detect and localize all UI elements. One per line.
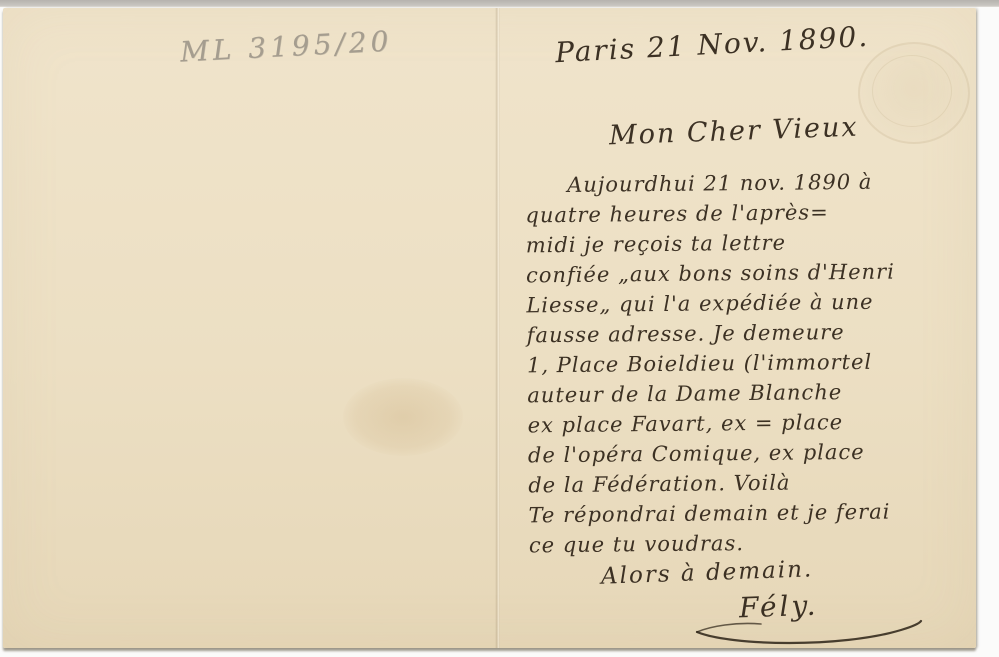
letter-body-line: Liesse„ qui l'a expédiée à une bbox=[526, 286, 981, 321]
letter-body-line: ce que tu voudras. bbox=[529, 526, 984, 561]
letter-body-line: quatre heures de l'après= bbox=[525, 196, 980, 231]
letter-body-line: midi je reçois ta lettre bbox=[526, 226, 981, 261]
signature-flourish-line bbox=[691, 616, 926, 650]
letter-dateline: Paris 21 Nov. 1890. bbox=[554, 20, 870, 69]
letter-salutation: Mon Cher Vieux bbox=[609, 112, 860, 152]
archival-number-pencil: ML 3195/20 bbox=[179, 24, 393, 68]
letter-body-line: Te répondrai demain et je ferai bbox=[528, 496, 983, 531]
letter-closing: Alors à demain. bbox=[601, 556, 814, 589]
letter-body-line: de l'opéra Comique, ex place bbox=[528, 436, 983, 471]
letter-body-line: fausse adresse. Je demeure bbox=[527, 316, 982, 351]
letter-body-line: de la Fédération. Voilà bbox=[528, 466, 983, 501]
letter-body: Aujourdhui 21 nov. 1890 à quatre heures … bbox=[525, 166, 984, 561]
letter-body-line: confiée „aux bons soins d'Henri bbox=[526, 256, 981, 291]
letter-body-line: Aujourdhui 21 nov. 1890 à bbox=[525, 166, 980, 201]
scanned-letter: ML 3195/20 Paris 21 Nov. 1890. Mon Cher … bbox=[0, 0, 999, 657]
paper-stain bbox=[343, 378, 463, 456]
letter-paper: ML 3195/20 Paris 21 Nov. 1890. Mon Cher … bbox=[3, 8, 976, 648]
embossed-stamp bbox=[858, 42, 970, 144]
letter-body-line: auteur de la Dame Blanche bbox=[527, 376, 982, 411]
letter-body-line: ex place Favart, ex = place bbox=[527, 406, 982, 441]
scanner-edge bbox=[0, 0, 999, 7]
fold-crease bbox=[495, 8, 500, 648]
letter-body-line: 1, Place Boieldieu (l'immortel bbox=[527, 346, 982, 381]
